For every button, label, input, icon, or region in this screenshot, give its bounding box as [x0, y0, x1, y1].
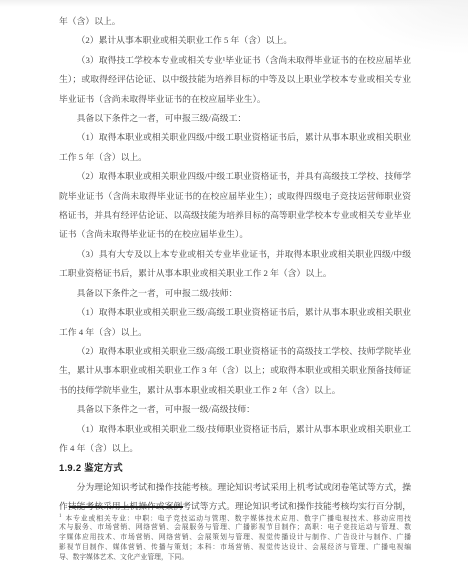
body-line: 作 4 年（含）以上。: [59, 439, 411, 458]
document-page: 年（含）以上。 （2）累计从事本职业或相关职业工作 5 年（含）以上。 （3）取…: [0, 0, 468, 563]
body-line: 工作 5 年（含）以上。: [59, 148, 411, 167]
footnote-marker: 1: [59, 514, 62, 519]
section-heading: 1.9.2 鉴定方式: [59, 458, 411, 477]
body-line: 毕业证书（含尚未取得毕业证书的在校应届毕业生）。: [59, 90, 411, 109]
body-line: 工职业资格证书后，累计从事本职业或相关职业工作 2 年（含）以上。: [59, 264, 411, 283]
footnote-line: 导、数字媒体艺术、文化产业管理，下同。: [59, 553, 411, 563]
body-line: 工作 4 年（含）以上。: [59, 323, 411, 342]
body-line: （1）取得本职业或相关职业三级/高级工职业资格证书后，累计从事本职业或相关职业: [59, 303, 411, 322]
body-line: 年（含）以上。: [59, 12, 411, 31]
footnote-line: 字媒体应用技术、市场营销、网络营销、会展策划与管理、视觉传播设计与制作、广告设计…: [59, 533, 411, 543]
body-line: 具备以下条件之一者，可申报一级/高级技师：: [59, 400, 411, 419]
body-line: （1）取得本职业或相关职业二级/技师职业资格证书后，累计从事本职业或相关职业工: [59, 420, 411, 439]
body-line: （2）累计从事本职业或相关职业工作 5 年（含）以上。: [59, 31, 411, 50]
footnote-line: 影视节目制作、媒体营销、传播与策划；本科：市场营销、视觉传达设计、会展经济与管理…: [59, 543, 411, 553]
body-line: 格证书，并具有经评估论证、以高级技能为培养目标的高等职业学校本专业或相关专业毕业: [59, 206, 411, 225]
body-line: （2）取得本职业或相关职业三级/高级工职业资格证书的高级技工学校、技师学院毕业: [59, 342, 411, 361]
body-line: 生）；或取得经评估论证、以中级技能为培养目标的中等及以上职业学校本专业或相关专业: [59, 70, 411, 89]
body-line: 证书（含尚未取得毕业证书的在校应届毕业生）。: [59, 225, 411, 244]
body-line: 分为理论知识考试和操作技能考核。理论知识考试采用上机考试或闭卷笔试等方式，操: [59, 478, 411, 497]
body-line: 书的技师学院毕业生，累计从事本职业或相关职业工作 2 年（含）以上。: [59, 381, 411, 400]
document-body: 年（含）以上。 （2）累计从事本职业或相关职业工作 5 年（含）以上。 （3）取…: [59, 12, 411, 517]
body-line: （1）取得本职业或相关职业四级/中级工职业资格证书后，累计从事本职业或相关职业: [59, 128, 411, 147]
body-line: （2）取得本职业或相关职业四级/中级工职业资格证书，并具有高级技工学校、技师学: [59, 167, 411, 186]
body-line: （3）具有大专及以上本专业或相关专业毕业证书，并取得本职业或相关职业四级/中级: [59, 245, 411, 264]
footnote-line: 术与服务、市场营销、网络营销、会展服务与管理、广播影视节目制作；高职：电子竞技运…: [59, 523, 411, 533]
footnote-separator: [69, 506, 183, 508]
body-line: 具备以下条件之一者，可申报二级/技师：: [59, 284, 411, 303]
footnote-line: 1本专业或相关专业：中职：电子竞技运动与管理、数字媒体技术应用、数字广播电视技术…: [59, 512, 411, 524]
footnote-text: 本专业或相关专业：中职：电子竞技运动与管理、数字媒体技术应用、数字广播电视技术、…: [65, 515, 412, 522]
body-line: 院毕业证书（含尚未取得毕业证书的在校应届毕业生）；或取得四级电子竞技运营师职业资: [59, 187, 411, 206]
body-line: 具备以下条件之一者，可申报三级/高级工：: [59, 109, 411, 128]
body-line: （3）取得技工学校本专业或相关专业¹毕业证书（含尚未取得毕业证书的在校应届毕业: [59, 51, 411, 70]
footnote: 1本专业或相关专业：中职：电子竞技运动与管理、数字媒体技术应用、数字广播电视技术…: [59, 500, 411, 562]
body-line: 生，累计从事本职业或相关职业工作 3 年（含）以上；或取得本职业或相关职业预备技…: [59, 361, 411, 380]
